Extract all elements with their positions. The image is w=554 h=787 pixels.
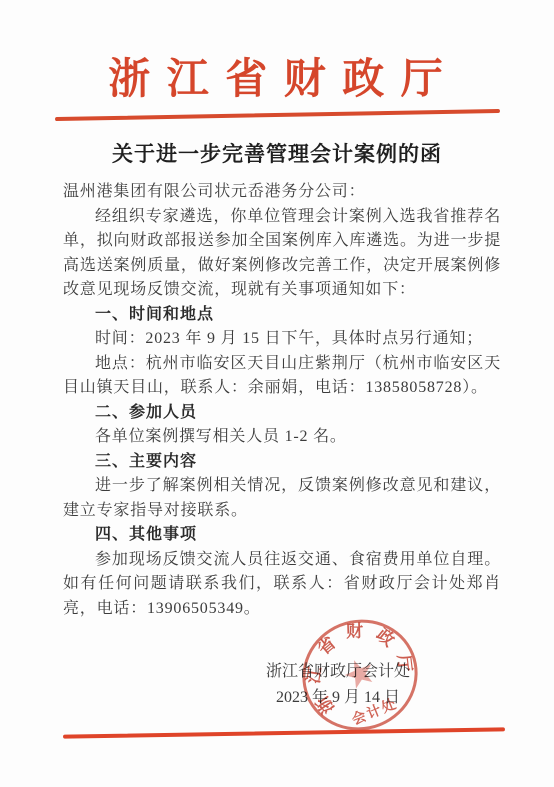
letterhead-agency-name: 浙 江 省 财 政 厅 bbox=[0, 46, 554, 106]
section-2-paragraph: 各单位案例撰写相关人员 1-2 名。 bbox=[63, 425, 501, 450]
scanned-letter-page: 浙 江 省 财 政 厅 关于进一步完善管理会计案例的函 温州港集团有限公司状元岙… bbox=[0, 0, 554, 787]
footer-divider-line bbox=[63, 727, 505, 738]
section-4-paragraph: 参加现场反馈交流人员往返交通、食宿费用单位自理。如有任何问题请联系我们，联系人：… bbox=[63, 548, 501, 622]
section-heading-4: 四、其他事项 bbox=[63, 523, 501, 548]
section-1-paragraph-time: 时间：2023 年 9 月 15 日下午，具体时点另行通知； bbox=[63, 327, 501, 352]
section-heading-1: 一、时间和地点 bbox=[63, 303, 501, 328]
intro-paragraph: 经组织专家遴选，你单位管理会计案例入选我省推荐名单，拟向财政部报送参加全国案例库… bbox=[63, 205, 501, 303]
letter-body: 温州港集团有限公司状元岙港务分公司： 经组织专家遴选，你单位管理会计案例入选我省… bbox=[63, 180, 501, 621]
section-heading-3: 三、主要内容 bbox=[63, 450, 501, 475]
document-title: 关于进一步完善管理会计案例的函 bbox=[0, 138, 554, 168]
section-3-paragraph: 进一步了解案例相关情况，反馈案例修改意见和建议，建立专家指导对接联系。 bbox=[63, 474, 501, 523]
section-heading-2: 二、参加人员 bbox=[63, 401, 501, 426]
section-1-paragraph-place: 地点：杭州市临安区天目山庄紫荆厅（杭州市临安区天目山镇天目山，联系人：余丽娟，电… bbox=[63, 352, 501, 401]
addressee-line: 温州港集团有限公司状元岙港务分公司： bbox=[63, 180, 501, 205]
signature-org: 浙江省财政厅会计处 bbox=[254, 659, 422, 685]
signature-date: 2023 年 9 月 14 日 bbox=[254, 685, 422, 711]
letterhead-divider-line bbox=[55, 109, 500, 121]
signature-block: 浙江省财政厅会计处 2023 年 9 月 14 日 bbox=[254, 659, 422, 711]
